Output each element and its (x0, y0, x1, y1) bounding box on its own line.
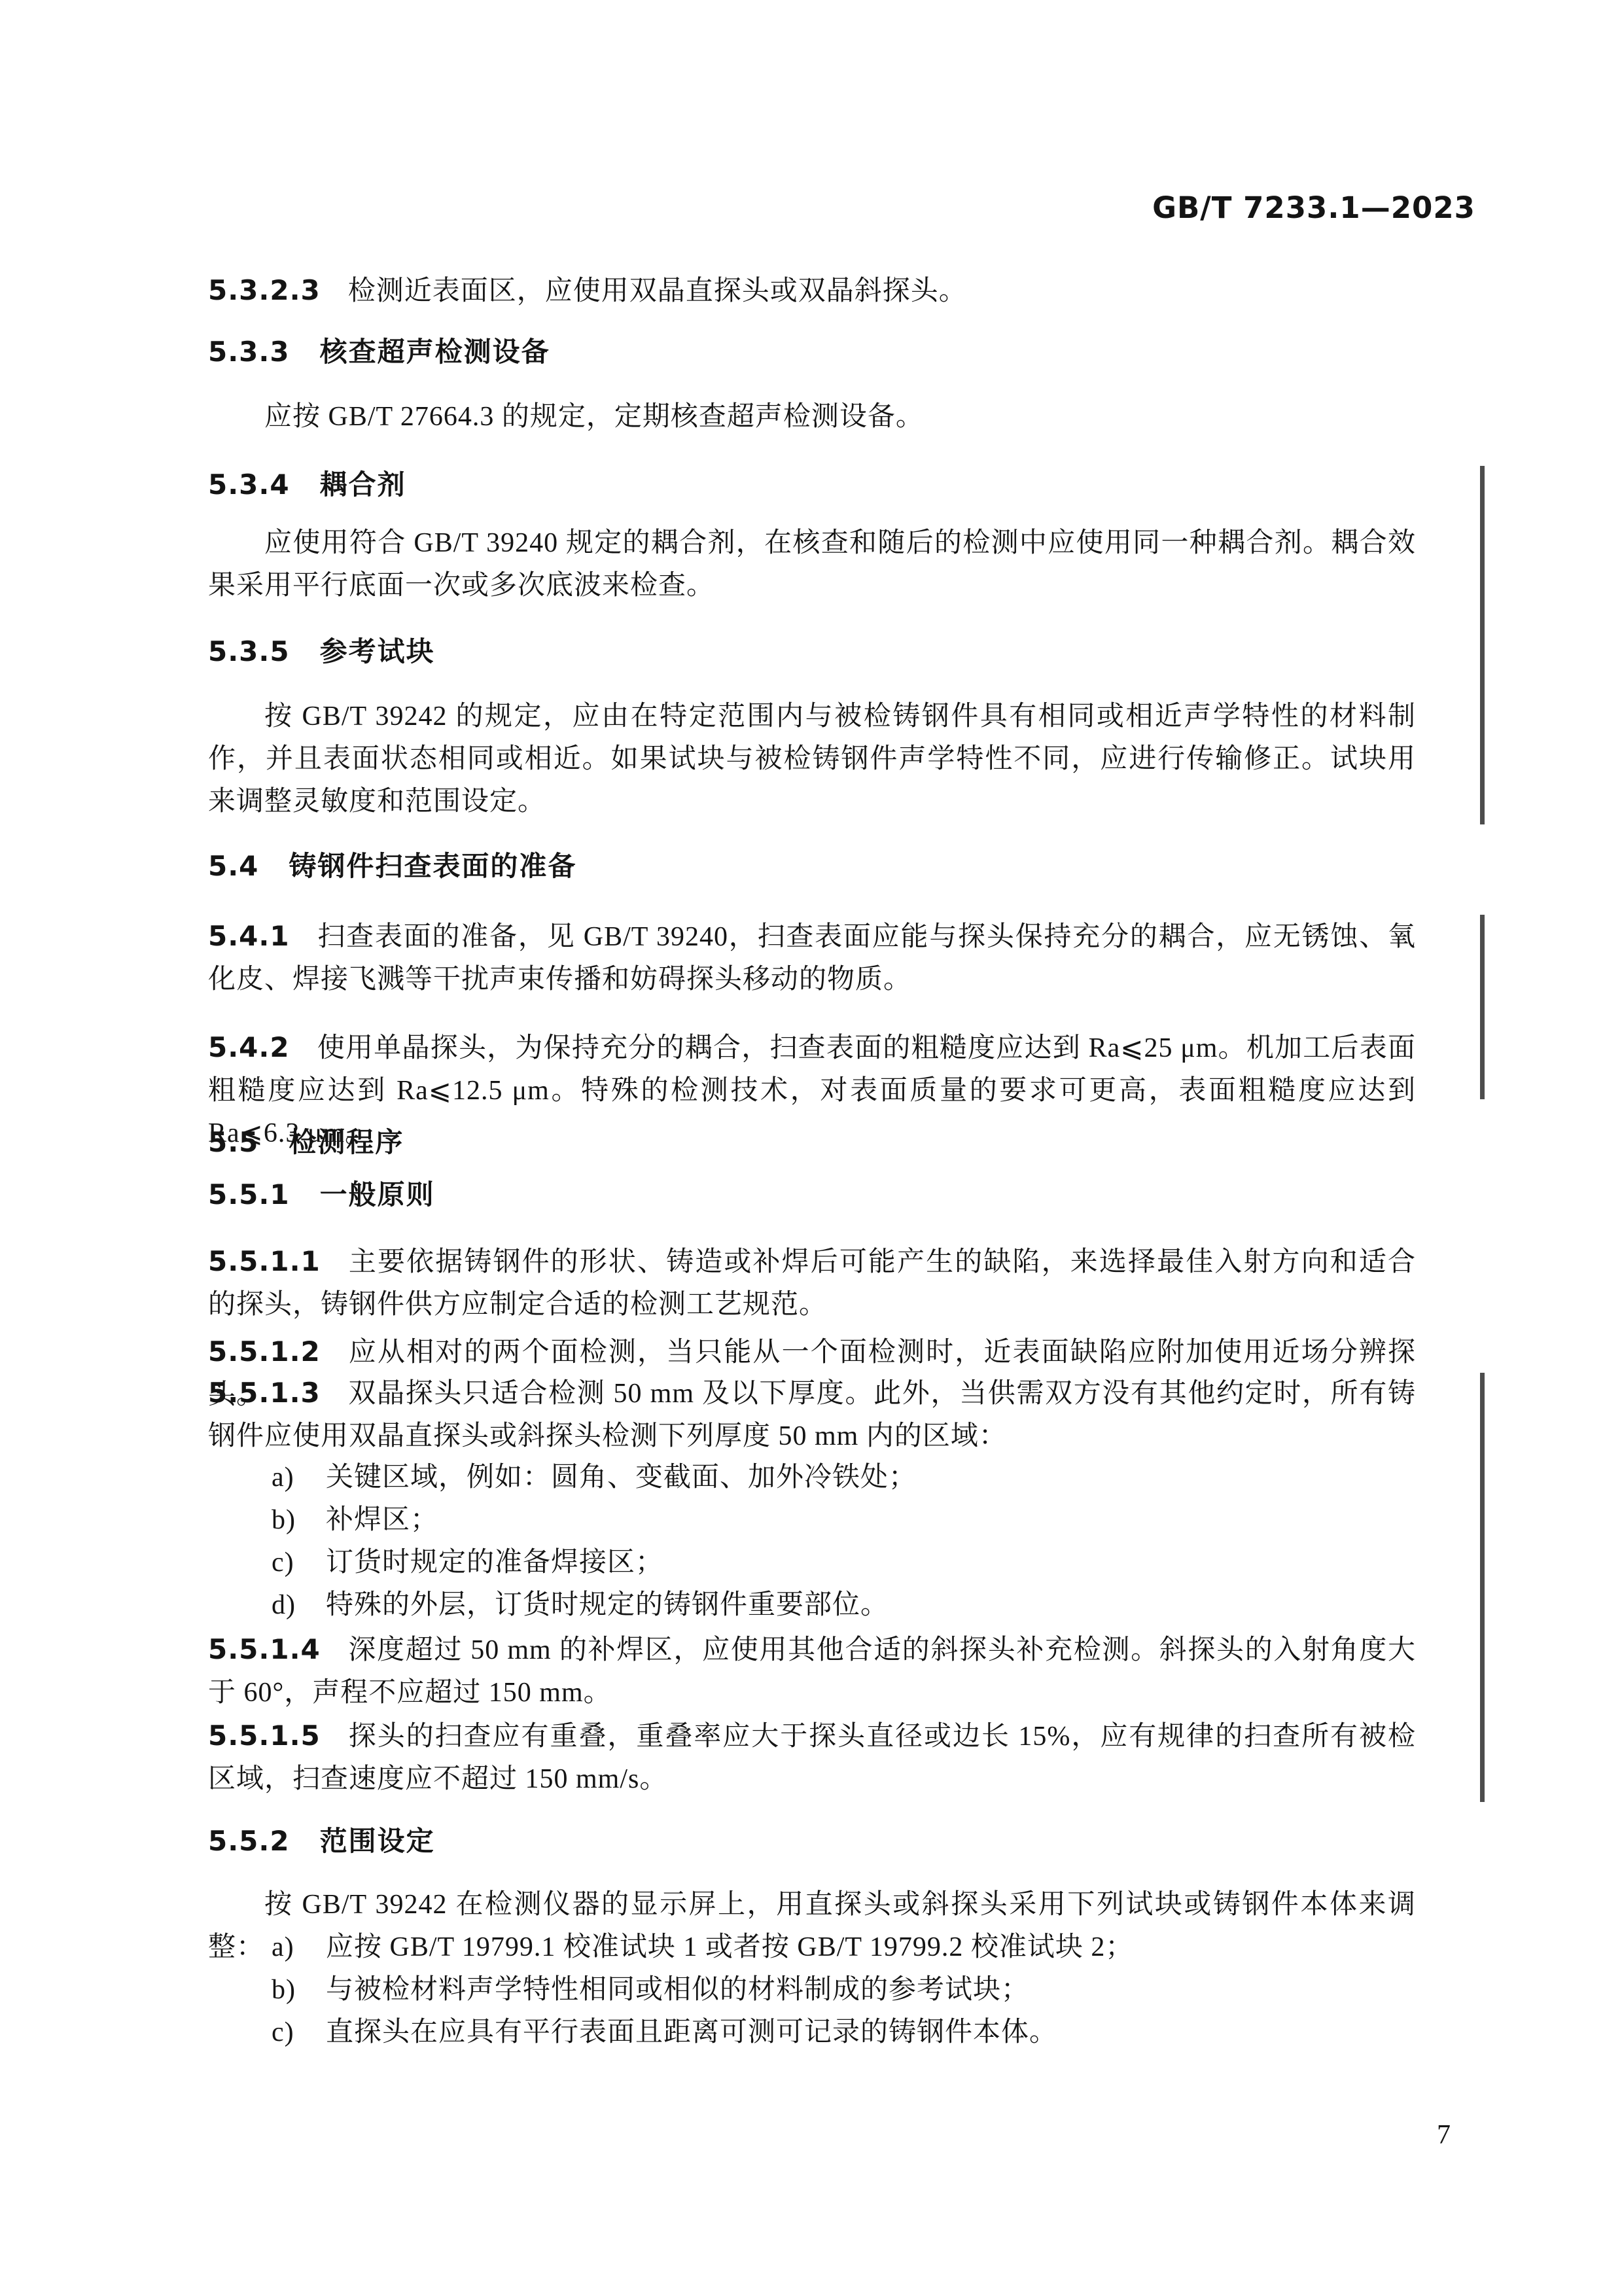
list-item-b: b)与被检材料声学特性相同或相似的材料制成的参考试块； (208, 1969, 1416, 2011)
section-title: 一般原则 (320, 1178, 435, 1210)
list-text: 补焊区； (326, 1505, 438, 1535)
section-heading-5-5-1: 5.5.1一般原则 (208, 1173, 1416, 1216)
section-heading-5-3-5: 5.3.5参考试块 (208, 630, 1416, 673)
list-text: 直探头在应具有平行表面且距离可测可记录的铸钢件本体。 (326, 2017, 1057, 2047)
section-number: 5.5.1 (208, 1178, 290, 1210)
list-text: 关键区域，例如：圆角、变截面、加外冷铁处； (326, 1462, 917, 1492)
list-text: 订货时规定的准备焊接区； (326, 1547, 663, 1578)
section-title: 范围设定 (320, 1825, 435, 1857)
document-page: GB/T 7233.1—2023 5.3.2.3检测近表面区，应使用双晶直探头或… (0, 0, 1622, 2296)
change-marker-bar (1480, 466, 1485, 824)
clause-number: 5.5.1.5 (208, 1720, 321, 1752)
clause-number: 5.5.1.4 (208, 1633, 321, 1665)
list-text: 与被检材料声学特性相同或相似的材料制成的参考试块； (326, 1975, 1029, 2005)
list-text: 应按 GB/T 19799.1 校准试块 1 或者按 GB/T 19799.2 … (326, 1932, 1133, 1962)
list-item-b: b)补焊区； (208, 1499, 1416, 1542)
section-title: 核查超声检测设备 (320, 336, 550, 368)
clause-5-5-1-4: 5.5.1.4深度超过 50 mm 的补焊区，应使用其他合适的斜探头补充检测。斜… (208, 1628, 1416, 1714)
section-heading-5-3-4: 5.3.4耦合剂 (208, 463, 1416, 506)
change-marker-bar (1480, 915, 1485, 1099)
section-title: 耦合剂 (320, 468, 406, 501)
page-number: 7 (1437, 2119, 1451, 2151)
section-number: 5.3.3 (208, 336, 290, 368)
change-marker-bar (1480, 1373, 1485, 1802)
paragraph-5-3-4: 应使用符合 GB/T 39240 规定的耦合剂，在核查和随后的检测中应使用同一种… (208, 522, 1416, 607)
list-marker: c) (272, 1542, 294, 1584)
clause-text: 检测近表面区，应使用双晶直探头或双晶斜探头。 (348, 276, 967, 306)
section-number: 5.5.2 (208, 1825, 290, 1857)
section-title: 检测程序 (289, 1126, 404, 1158)
list-marker: d) (272, 1584, 296, 1627)
list-item-a: a)应按 GB/T 19799.1 校准试块 1 或者按 GB/T 19799.… (208, 1926, 1416, 1969)
list-marker: b) (272, 1969, 296, 2011)
clause-5-4-1: 5.4.1扫查表面的准备，见 GB/T 39240，扫查表面应能与探头保持充分的… (208, 915, 1416, 1001)
clause-text: 探头的扫查应有重叠，重叠率应大于探头直径或边长 15%，应有规律的扫查所有被检区… (208, 1722, 1416, 1794)
clause-number: 5.5.1.3 (208, 1377, 321, 1409)
list-marker: a) (272, 1926, 294, 1969)
section-number: 5.5 (208, 1126, 258, 1158)
section-heading-5-4: 5.4铸钢件扫查表面的准备 (208, 845, 1416, 887)
list-marker: a) (272, 1457, 294, 1499)
clause-number: 5.4.2 (208, 1031, 290, 1063)
clause-text: 主要依据铸钢件的形状、铸造或补焊后可能产生的缺陷，来选择最佳入射方向和适合的探头… (208, 1247, 1416, 1320)
list-item-a: a)关键区域，例如：圆角、变截面、加外冷铁处； (208, 1457, 1416, 1499)
list-marker: c) (272, 2011, 294, 2054)
section-heading-5-5: 5.5检测程序 (208, 1121, 1416, 1163)
clause-number: 5.4.1 (208, 920, 290, 952)
clause-number: 5.5.1.2 (208, 1335, 321, 1368)
paragraph-5-3-5: 按 GB/T 39242 的规定，应由在特定范围内与被检铸钢件具有相同或相近声学… (208, 696, 1416, 823)
clause-text: 双晶探头只适合检测 50 mm 及以下厚度。此外，当供需双方没有其他约定时，所有… (208, 1379, 1416, 1451)
section-number: 5.3.5 (208, 635, 290, 667)
clause-5-5-1-1: 5.5.1.1主要依据铸钢件的形状、铸造或补焊后可能产生的缺陷，来选择最佳入射方… (208, 1240, 1416, 1326)
section-number: 5.3.4 (208, 468, 290, 501)
list-item-c: c)订货时规定的准备焊接区； (208, 1542, 1416, 1584)
clause-number: 5.5.1.1 (208, 1245, 321, 1277)
clause-5-5-1-3: 5.5.1.3双晶探头只适合检测 50 mm 及以下厚度。此外，当供需双方没有其… (208, 1371, 1416, 1458)
clause-number: 5.3.2.3 (208, 274, 321, 306)
list-item-c: c)直探头在应具有平行表面且距离可测可记录的铸钢件本体。 (208, 2011, 1416, 2054)
section-heading-5-5-2: 5.5.2范围设定 (208, 1820, 1416, 1862)
clause-5-5-1-5: 5.5.1.5探头的扫查应有重叠，重叠率应大于探头直径或边长 15%，应有规律的… (208, 1714, 1416, 1801)
list-item-d: d)特殊的外层，订货时规定的铸钢件重要部位。 (208, 1584, 1416, 1627)
clause-text: 扫查表面的准备，见 GB/T 39240，扫查表面应能与探头保持充分的耦合，应无… (208, 922, 1416, 995)
section-title: 铸钢件扫查表面的准备 (289, 850, 576, 882)
paragraph-5-3-3: 应按 GB/T 27664.3 的规定，定期核查超声检测设备。 (208, 396, 1416, 438)
list-text: 特殊的外层，订货时规定的铸钢件重要部位。 (326, 1590, 889, 1620)
standard-number-header: GB/T 7233.1—2023 (1152, 191, 1475, 225)
clause-5-3-2-3: 5.3.2.3检测近表面区，应使用双晶直探头或双晶斜探头。 (208, 269, 1416, 313)
section-heading-5-3-3: 5.3.3核查超声检测设备 (208, 330, 1416, 373)
section-title: 参考试块 (320, 635, 435, 667)
list-marker: b) (272, 1499, 296, 1542)
section-number: 5.4 (208, 850, 258, 882)
clause-text: 深度超过 50 mm 的补焊区，应使用其他合适的斜探头补充检测。斜探头的入射角度… (208, 1635, 1416, 1708)
